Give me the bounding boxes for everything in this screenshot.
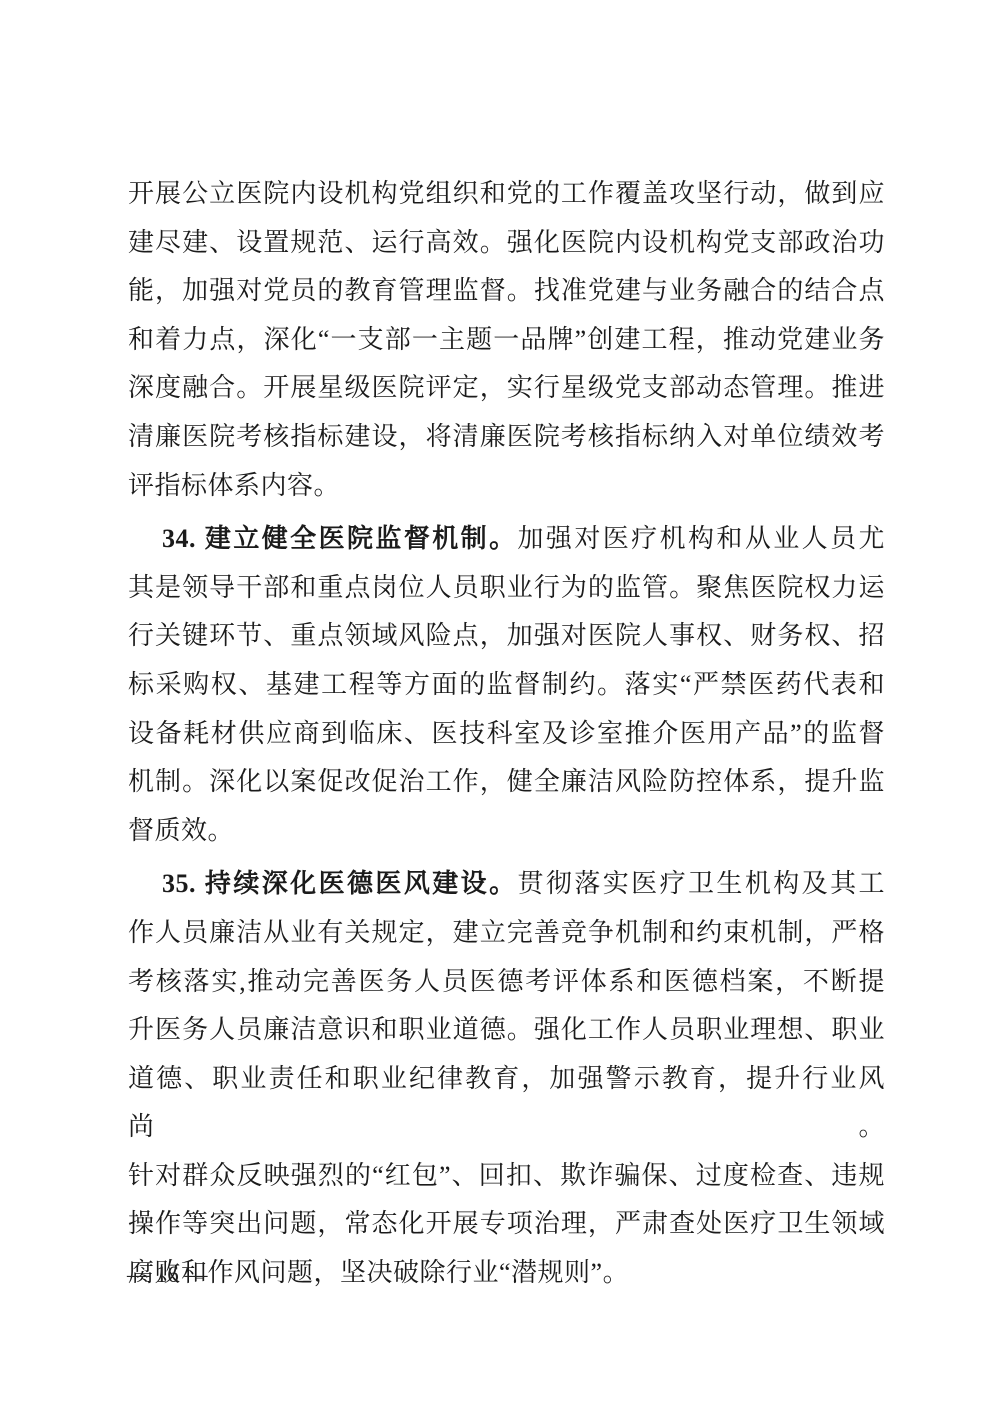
- text-line: 作人员廉洁从业有关规定，建立完善竞争机制和约束机制，严格: [128, 909, 885, 958]
- document-page: 开展公立医院内设机构党组织和党的工作覆盖攻坚行动，做到应 建尽建、设置规范、运行…: [0, 0, 1000, 1414]
- text-line: 开展公立医院内设机构党组织和党的工作覆盖攻坚行动，做到应: [128, 170, 885, 219]
- text-line: 标采购权、基建工程等方面的监督制约。落实“严禁医药代表和: [128, 661, 885, 710]
- text-run: 加强对医疗机构和从业人员尤: [518, 524, 886, 553]
- text-line: 设备耗材供应商到临床、医技科室及诊室推介医用产品”的监督: [128, 710, 885, 759]
- text-line: 能，加强对党员的教育管理监督。找准党建与业务融合的结合点: [128, 267, 885, 316]
- paragraph-35: 35. 持续深化医德医风建设。贯彻落实医疗卫生机构及其工 作人员廉洁从业有关规定…: [128, 860, 885, 1297]
- text-line: 34. 建立健全医院监督机制。加强对医疗机构和从业人员尤: [128, 515, 885, 564]
- text-line: 道德、职业责任和职业纪律教育，加强警示教育，提升行业风尚。: [128, 1055, 885, 1152]
- document-body: 开展公立医院内设机构党组织和党的工作覆盖攻坚行动，做到应 建尽建、设置规范、运行…: [128, 170, 885, 1298]
- text-line: 建尽建、设置规范、运行高效。强化医院内设机构党支部政治功: [128, 219, 885, 268]
- text-line: 针对群众反映强烈的“红包”、回扣、欺诈骗保、过度检查、违规: [128, 1152, 885, 1201]
- text-line: 评指标体系内容。: [128, 462, 885, 511]
- text-line: 操作等突出问题，常态化开展专项治理，严肃查处医疗卫生领域: [128, 1200, 885, 1249]
- text-line: 35. 持续深化医德医风建设。贯彻落实医疗卫生机构及其工: [128, 860, 885, 909]
- text-line: 升医务人员廉洁意识和职业道德。强化工作人员职业理想、职业: [128, 1006, 885, 1055]
- text-line: 督质效。: [128, 807, 885, 856]
- text-line: 深度融合。开展星级医院评定，实行星级党支部动态管理。推进: [128, 364, 885, 413]
- page-number: — 16 —: [127, 1260, 208, 1290]
- paragraph-continuation: 开展公立医院内设机构党组织和党的工作覆盖攻坚行动，做到应 建尽建、设置规范、运行…: [128, 170, 885, 510]
- text-run: 贯彻落实医疗卫生机构及其工: [518, 869, 886, 898]
- text-line: 其是领导干部和重点岗位人员职业行为的监管。聚焦医院权力运: [128, 564, 885, 613]
- text-line: 清廉医院考核指标建设，将清廉医院考核指标纳入对单位绩效考: [128, 413, 885, 462]
- paragraph-number-heading: 35. 持续深化医德医风建设。: [162, 869, 518, 898]
- text-line: 行关键环节、重点领域风险点，加强对医院人事权、财务权、招: [128, 612, 885, 661]
- text-line: 和着力点，深化“一支部一主题一品牌”创建工程，推动党建业务: [128, 316, 885, 365]
- paragraph-number-heading: 34. 建立健全医院监督机制。: [162, 524, 518, 553]
- text-line: 考核落实,推动完善医务人员医德考评体系和医德档案，不断提: [128, 958, 885, 1007]
- text-line: 腐败和作风问题，坚决破除行业“潜规则”。: [128, 1249, 885, 1298]
- text-line: 机制。深化以案促改促治工作，健全廉洁风险防控体系，提升监: [128, 758, 885, 807]
- paragraph-34: 34. 建立健全医院监督机制。加强对医疗机构和从业人员尤 其是领导干部和重点岗位…: [128, 515, 885, 855]
